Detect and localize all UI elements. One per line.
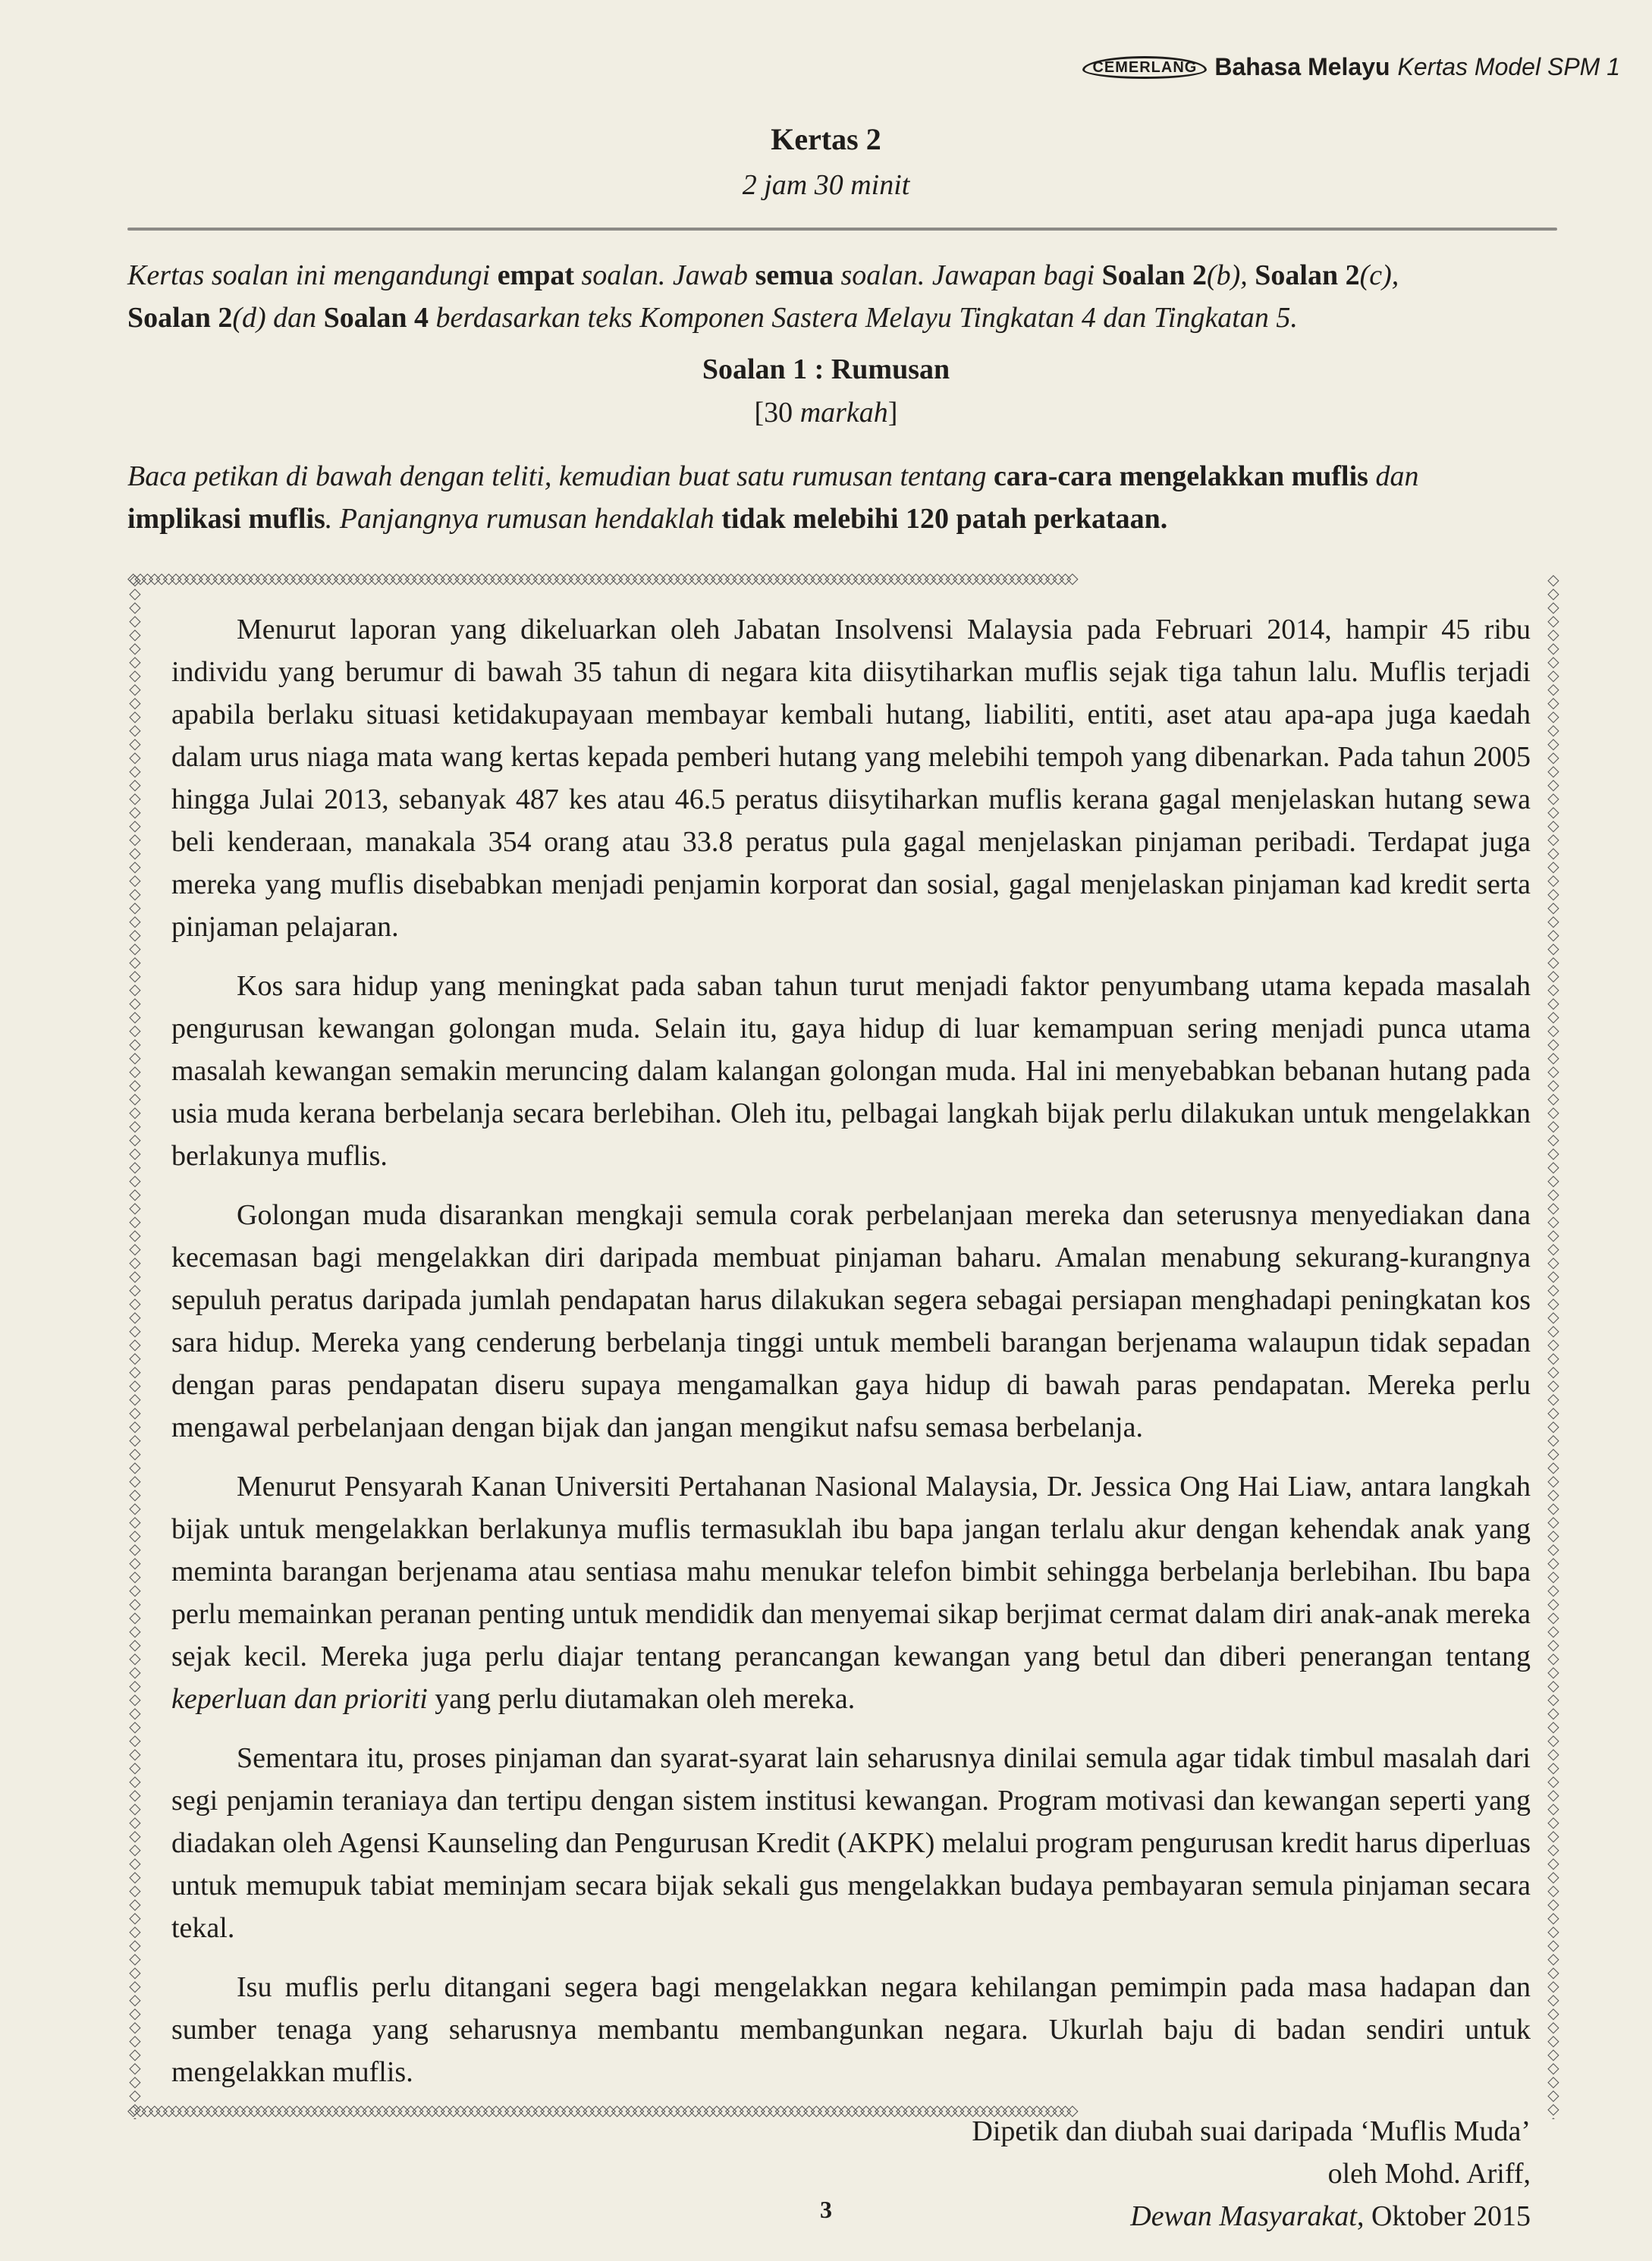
decorative-border-bottom: ◇◇◇◇◇◇◇◇◇◇◇◇◇◇◇◇◇◇◇◇◇◇◇◇◇◇◇◇◇◇◇◇◇◇◇◇◇◇◇◇… [127, 2102, 1561, 2119]
passage-paragraph-4: Menurut Pensyarah Kanan Universiti Perta… [171, 1465, 1531, 1720]
source-line-2: oleh Mohd. Ariff, [171, 2153, 1531, 2195]
question-task: Baca petikan di bawah dengan teliti, kem… [127, 455, 1572, 540]
duration-text: 2 jam 30 minit [743, 169, 910, 201]
subject-name: Bahasa Melayu [1214, 53, 1390, 81]
running-header: CEMERLANG Bahasa Melayu Kertas Model SPM… [1082, 53, 1620, 81]
passage-paragraph-5: Sementara itu, proses pinjaman dan syara… [171, 1737, 1531, 1949]
paper-title: Kertas 2 [0, 121, 1652, 157]
passage-paragraph-2: Kos sara hidup yang meningkat pada saban… [171, 965, 1531, 1177]
divider-rule [127, 228, 1557, 231]
passage-paragraph-3: Golongan muda disarankan mengkaji semula… [171, 1194, 1531, 1449]
paper-duration: 2 jam 30 minit [0, 168, 1652, 202]
decorative-border-top: ◇◇◇◇◇◇◇◇◇◇◇◇◇◇◇◇◇◇◇◇◇◇◇◇◇◇◇◇◇◇◇◇◇◇◇◇◇◇◇◇… [127, 570, 1561, 587]
exam-instructions: Kertas soalan ini mengandungi empat soal… [127, 254, 1569, 339]
decorative-border-right: ◇◇◇◇◇◇◇◇◇◇◇◇◇◇◇◇◇◇◇◇◇◇◇◇◇◇◇◇◇◇◇◇◇◇◇◇◇◇◇◇… [1546, 570, 1561, 2119]
question-title: Soalan 1 : Rumusan [0, 353, 1652, 386]
passage-box: ◇◇◇◇◇◇◇◇◇◇◇◇◇◇◇◇◇◇◇◇◇◇◇◇◇◇◇◇◇◇◇◇◇◇◇◇◇◇◇◇… [127, 570, 1561, 2119]
paper-series: Kertas Model SPM 1 [1398, 53, 1620, 81]
page-number: 3 [0, 2196, 1652, 2224]
passage-paragraph-1: Menurut laporan yang dikeluarkan oleh Ja… [171, 608, 1531, 948]
question-marks: [30 markah] [0, 396, 1652, 429]
decorative-border-left: ◇◇◇◇◇◇◇◇◇◇◇◇◇◇◇◇◇◇◇◇◇◇◇◇◇◇◇◇◇◇◇◇◇◇◇◇◇◇◇◇… [127, 570, 143, 2119]
publisher-logo: CEMERLANG [1082, 56, 1207, 79]
passage-paragraph-6: Isu muflis perlu ditangani segera bagi m… [171, 1966, 1531, 2093]
